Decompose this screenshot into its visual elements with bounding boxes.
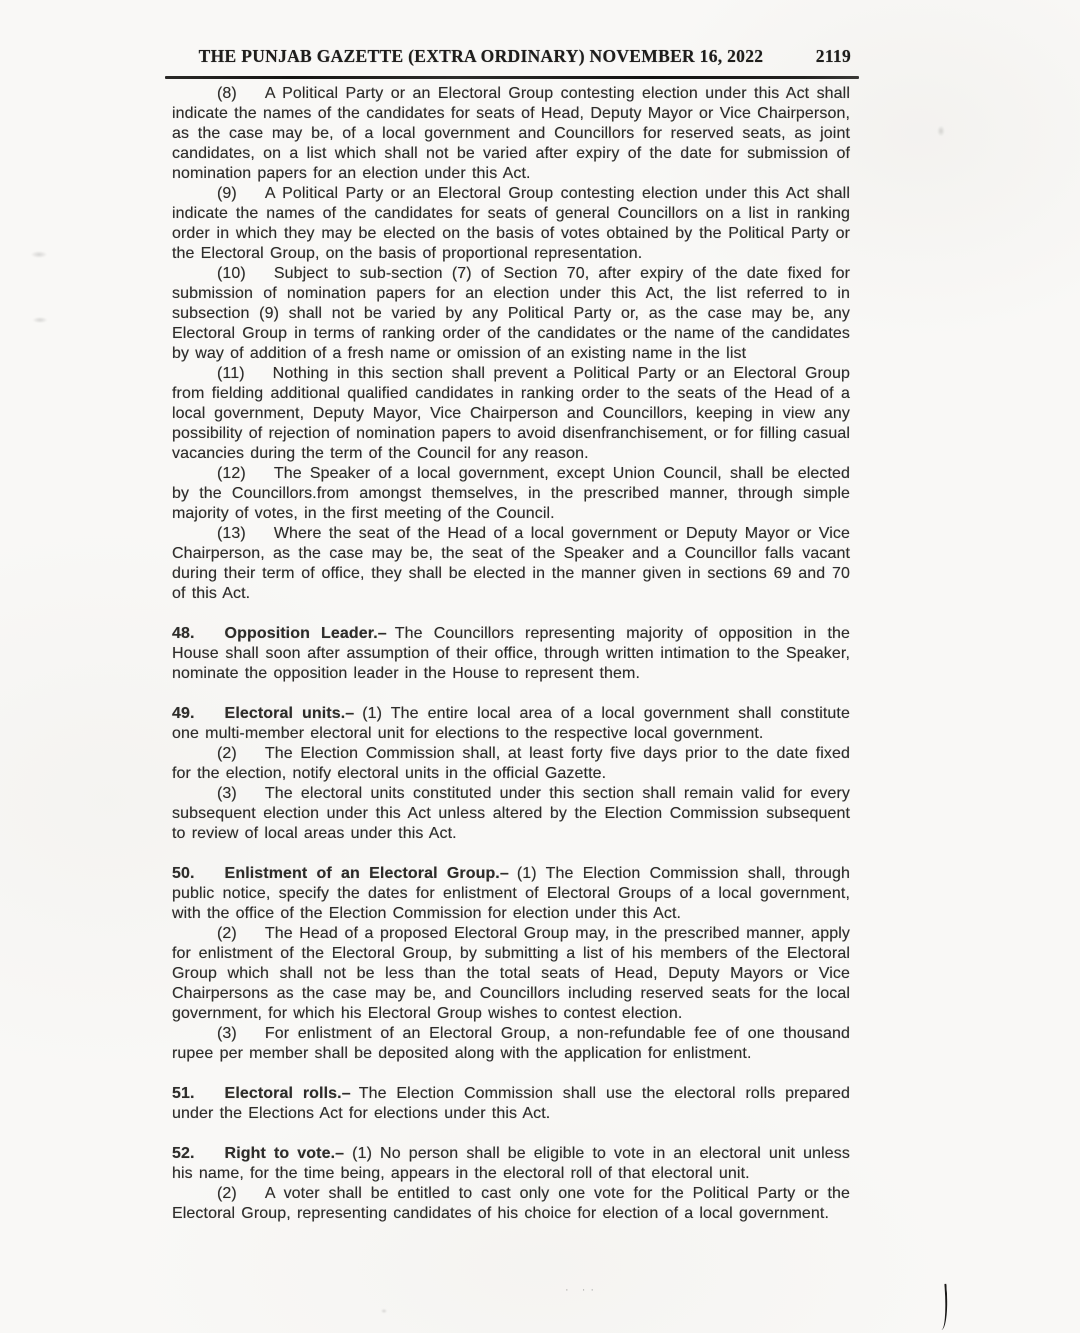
- sub-clause-paragraph: (12)The Speaker of a local government, e…: [172, 464, 850, 524]
- section-paragraph: 48.Opposition Leader.–The Councillors re…: [172, 624, 850, 684]
- sub-clause-paragraph: (8)A Political Party or an Electoral Gro…: [172, 84, 850, 184]
- scan-speck: [28, 250, 50, 259]
- clause-text: Where the seat of the Head of a local go…: [172, 525, 850, 602]
- clause-number: (13): [217, 525, 274, 542]
- sub-clause-paragraph: (10)Subject to sub-section (7) of Sectio…: [172, 264, 850, 364]
- sub-clause-paragraph: (3)For enlistment of an Electoral Group,…: [172, 1024, 850, 1064]
- section-paragraph: 52.Right to vote.–(1) No person shall be…: [172, 1144, 850, 1184]
- clause-number: (2): [217, 745, 265, 762]
- clause-number: (11): [217, 365, 273, 382]
- clause-text: Subject to sub-section (7) of Section 70…: [172, 265, 850, 362]
- section-number: 52.: [172, 1145, 225, 1162]
- clause-number: (2): [217, 925, 265, 942]
- document-body: (8)A Political Party or an Electoral Gro…: [172, 84, 850, 1224]
- sub-clause-paragraph: (2)A voter shall be entitled to cast onl…: [172, 1184, 850, 1224]
- sub-clause-paragraph: (11)Nothing in this section shall preven…: [172, 364, 850, 464]
- section-title: Electoral rolls.–: [225, 1085, 359, 1102]
- clause-text: The electoral units constituted under th…: [172, 785, 850, 842]
- section-number: 49.: [172, 705, 225, 722]
- clause-number: (3): [217, 1025, 265, 1042]
- sub-clause-paragraph: (2)The Head of a proposed Electoral Grou…: [172, 924, 850, 1024]
- clause-text: A Political Party or an Electoral Group …: [172, 85, 850, 182]
- clause-text: The Speaker of a local government, excep…: [172, 465, 850, 522]
- section-number: 48.: [172, 625, 225, 642]
- page-header: THE PUNJAB GAZETTE (EXTRA ORDINARY) NOVE…: [165, 46, 857, 70]
- clause-number: (12): [217, 465, 274, 482]
- clause-text: A voter shall be entitled to cast only o…: [172, 1185, 850, 1222]
- clause-number: (2): [217, 1185, 265, 1202]
- section-number: 51.: [172, 1085, 225, 1102]
- header-rule: [165, 76, 859, 79]
- page-number: 2119: [816, 46, 851, 67]
- clause-number: (8): [217, 85, 265, 102]
- section-title: Opposition Leader.–: [225, 625, 395, 642]
- clause-number: (9): [217, 185, 265, 202]
- section-paragraph: 50.Enlistment of an Electoral Group.–(1)…: [172, 864, 850, 924]
- clause-text: For enlistment of an Electoral Group, a …: [172, 1025, 850, 1062]
- scan-speck: [380, 1308, 388, 1314]
- sub-clause-paragraph: (13)Where the seat of the Head of a loca…: [172, 524, 850, 604]
- section-title: Enlistment of an Electoral Group.–: [225, 865, 517, 882]
- scan-dots-mark: · ··: [565, 1284, 599, 1296]
- clause-text: A Political Party or an Electoral Group …: [172, 185, 850, 262]
- scan-speck: [30, 316, 50, 324]
- section-number: 50.: [172, 865, 225, 882]
- pen-stroke-mark: [934, 1284, 949, 1331]
- gazette-header-title: THE PUNJAB GAZETTE (EXTRA ORDINARY) NOVE…: [165, 46, 797, 67]
- clause-text: Nothing in this section shall prevent a …: [172, 365, 850, 462]
- scan-speck: [936, 124, 946, 138]
- clause-text: The Election Commission shall, at least …: [172, 745, 850, 782]
- section-title: Electoral units.–: [225, 705, 363, 722]
- clause-number: (3): [217, 785, 265, 802]
- section-paragraph: 49.Electoral units.–(1) The entire local…: [172, 704, 850, 744]
- section-title: Right to vote.–: [225, 1145, 353, 1162]
- sub-clause-paragraph: (2)The Election Commission shall, at lea…: [172, 744, 850, 784]
- sub-clause-paragraph: (9)A Political Party or an Electoral Gro…: [172, 184, 850, 264]
- clause-text: The Head of a proposed Electoral Group m…: [172, 925, 850, 1022]
- gazette-page: THE PUNJAB GAZETTE (EXTRA ORDINARY) NOVE…: [0, 0, 1080, 1333]
- sub-clause-paragraph: (3)The electoral units constituted under…: [172, 784, 850, 844]
- clause-number: (10): [217, 265, 274, 282]
- section-paragraph: 51.Electoral rolls.–The Election Commiss…: [172, 1084, 850, 1124]
